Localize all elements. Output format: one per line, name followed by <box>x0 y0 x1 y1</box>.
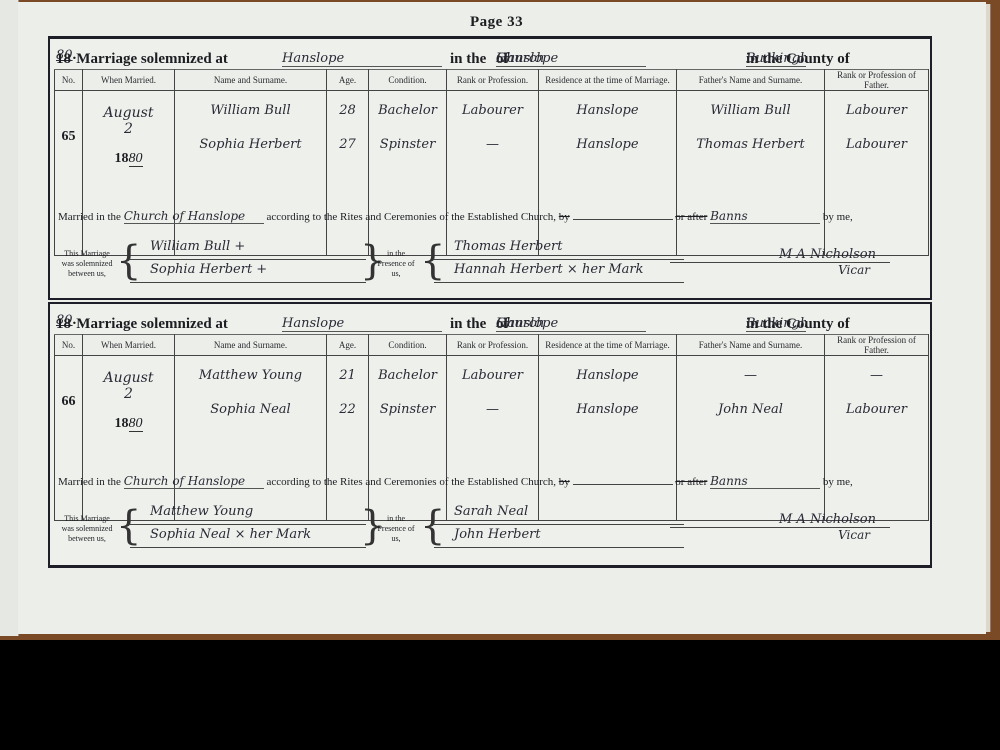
label-solemnized-at: Marriage solemnized at <box>76 316 228 333</box>
father-name: —John Neal <box>677 356 824 432</box>
label-married-in: Married in the <box>58 476 121 488</box>
married-in-line: Married in the Church of Hanslope accord… <box>58 474 853 489</box>
residence: HanslopeHanslope <box>539 356 676 432</box>
name-and-surname-value: William Bull <box>210 99 290 133</box>
name-and-surname-value: Sophia Herbert <box>199 133 301 167</box>
previous-page-edge <box>0 0 19 636</box>
witness-signature: Sarah Neal <box>434 502 684 525</box>
name-and-surname: William BullSophia Herbert <box>175 91 326 167</box>
condition-value: Spinster <box>380 133 436 167</box>
column-header: Age. <box>327 335 369 356</box>
by-license <box>573 219 673 220</box>
father-profession: LabourerLabourer <box>825 91 928 167</box>
label-by: by <box>559 476 570 488</box>
label-married-in: Married in the <box>58 211 121 223</box>
label-in-the: in the <box>450 316 486 333</box>
father-name-value: John Neal <box>718 398 783 432</box>
name-and-surname-value: Sophia Neal <box>210 398 290 432</box>
register-table: No.When Married.Name and Surname.Age.Con… <box>54 334 929 521</box>
column-header: Residence at the time of Marriage. <box>539 335 677 356</box>
father-name-value: William Bull <box>710 99 790 133</box>
column-header: Rank or Profession of Father. <box>825 70 929 91</box>
profession-value: — <box>486 133 499 167</box>
age-value: 28 <box>339 99 356 133</box>
column-header: Rank or Profession of Father. <box>825 335 929 356</box>
condition-value: Bachelor <box>378 364 437 398</box>
when-married: August 2 1880 <box>83 356 175 521</box>
party-signature: William Bull + <box>130 237 366 260</box>
year-prefix: 18 <box>56 316 71 333</box>
names-cell: William BullSophia Herbert <box>175 91 327 256</box>
after-banns: Banns <box>710 209 820 224</box>
column-header: Condition. <box>369 70 447 91</box>
signatures-section: This Marriage was solemnized between us,… <box>58 235 898 295</box>
condition: BachelorSpinster <box>369 91 446 167</box>
married-in-place: Church of Hanslope <box>124 209 264 224</box>
father-professions-cell: LabourerLabourer <box>825 91 929 256</box>
condition: BachelorSpinster <box>369 356 446 432</box>
name-and-surname: Matthew YoungSophia Neal <box>175 356 326 432</box>
column-header: Rank or Profession. <box>447 335 539 356</box>
minister-title: Vicar <box>670 528 890 542</box>
party-signature: Matthew Young <box>130 502 366 525</box>
column-header: When Married. <box>83 335 175 356</box>
father-name-value: Thomas Herbert <box>696 133 804 167</box>
age-value: 21 <box>339 364 356 398</box>
page-edge <box>986 4 991 632</box>
age-value: 27 <box>339 133 356 167</box>
register-table: No.When Married.Name and Surname.Age.Con… <box>54 69 929 256</box>
column-header: Condition. <box>369 335 447 356</box>
conditions-cell: BachelorSpinster <box>369 356 447 521</box>
column-header: Name and Surname. <box>175 335 327 356</box>
witness-signature: Hannah Herbert × her Mark <box>434 260 684 283</box>
residences-cell: HanslopeHanslope <box>539 91 677 256</box>
label-or-after: or after <box>675 211 707 223</box>
party-signature: Matthew YoungSophia Neal × her Mark <box>130 502 366 548</box>
professions-cell: Labourer— <box>447 356 539 521</box>
column-header: Name and Surname. <box>175 70 327 91</box>
minister-signature: M A Nicholson Vicar <box>670 512 890 542</box>
when-married: August 2 1880 <box>83 91 175 256</box>
column-header: Age. <box>327 70 369 91</box>
date-year-prefix: 18 <box>115 416 129 431</box>
names-cell: Matthew YoungSophia Neal <box>175 356 327 521</box>
date-month: August <box>104 370 154 386</box>
date-day: 2 <box>124 121 133 137</box>
residence-value: Hanslope <box>576 398 638 432</box>
column-header: Rank or Profession. <box>447 70 539 91</box>
party-signature: William Bull +Sophia Herbert + <box>130 237 366 283</box>
profession-value: Labourer <box>462 99 523 133</box>
column-header: Father's Name and Surname. <box>677 335 825 356</box>
residence-value: Hanslope <box>576 133 638 167</box>
condition-value: Spinster <box>380 398 436 432</box>
date-month: August <box>104 105 154 121</box>
minister-signature: M A Nicholson Vicar <box>670 247 890 277</box>
father-profession: —Labourer <box>825 356 928 432</box>
condition-value: Bachelor <box>378 99 437 133</box>
county: Buckingham <box>746 316 806 332</box>
profession: Labourer— <box>447 91 538 167</box>
conditions-cell: BachelorSpinster <box>369 91 447 256</box>
residence: HanslopeHanslope <box>539 91 676 167</box>
label-by-me: by me, <box>823 211 853 223</box>
label-between-us: This Marriage was solemnized between us, <box>58 514 116 544</box>
profession: Labourer— <box>447 356 538 432</box>
residence-value: Hanslope <box>576 99 638 133</box>
father-profession-value: — <box>870 364 883 398</box>
place: Hanslope <box>282 316 442 332</box>
label-according-to: according to the Rites and Ceremonies of… <box>266 476 556 488</box>
residences-cell: HanslopeHanslope <box>539 356 677 521</box>
date-year-suffix: 80 <box>129 416 143 432</box>
minister-name: M A Nicholson <box>670 512 890 528</box>
date-day: 2 <box>124 386 133 402</box>
label-by-me: by me, <box>823 476 853 488</box>
date-year-prefix: 18 <box>115 151 129 166</box>
entry-number: 65 <box>55 91 83 256</box>
father-profession-value: Labourer <box>846 398 907 432</box>
column-header: Father's Name and Surname. <box>677 70 825 91</box>
party-signature: Sophia Herbert + <box>130 260 366 283</box>
marriage-record: 1880. Marriage solemnized at Hanslope in… <box>48 36 932 300</box>
label-or-after: or after <box>675 476 707 488</box>
record-header: 1880. Marriage solemnized at Hanslope in… <box>56 308 924 332</box>
father-profession-value: Labourer <box>846 99 907 133</box>
label-according-to: according to the Rites and Ceremonies of… <box>266 211 556 223</box>
church-of: Hanslope <box>496 51 646 67</box>
father-name-value: — <box>744 364 757 398</box>
minister-name: M A Nicholson <box>670 247 890 263</box>
record-header: 1880. Marriage solemnized at Hanslope in… <box>56 43 924 67</box>
fathers-cell: William BullThomas Herbert <box>677 91 825 256</box>
column-header: Residence at the time of Marriage. <box>539 70 677 91</box>
county: Buckingham <box>746 51 806 67</box>
column-header: No. <box>55 335 83 356</box>
signatures-section: This Marriage was solemnized between us,… <box>58 500 898 560</box>
column-header: When Married. <box>83 70 175 91</box>
date-year-suffix: 80 <box>129 151 143 167</box>
father-professions-cell: —Labourer <box>825 356 929 521</box>
professions-cell: Labourer— <box>447 91 539 256</box>
marriage-record: 1880. Marriage solemnized at Hanslope in… <box>48 302 932 568</box>
father-name: William BullThomas Herbert <box>677 91 824 167</box>
fathers-cell: —John Neal <box>677 356 825 521</box>
age: 2122 <box>327 356 368 432</box>
ages-cell: 2827 <box>327 91 369 256</box>
entry-number: 66 <box>55 356 83 521</box>
married-in-line: Married in the Church of Hanslope accord… <box>58 209 853 224</box>
age: 2827 <box>327 91 368 167</box>
minister-title: Vicar <box>670 263 890 277</box>
witness-signature: Thomas HerbertHannah Herbert × her Mark <box>434 237 684 283</box>
label-between-us: This Marriage was solemnized between us, <box>58 249 116 279</box>
age-value: 22 <box>339 398 356 432</box>
witness-signature: Sarah NealJohn Herbert <box>434 502 684 548</box>
by-license <box>573 484 673 485</box>
after-banns: Banns <box>710 474 820 489</box>
label-presence: in the Presence of us, <box>374 514 418 544</box>
label-by: by <box>559 211 570 223</box>
married-in-place: Church of Hanslope <box>124 474 264 489</box>
profession-value: — <box>486 398 499 432</box>
party-signature: Sophia Neal × her Mark <box>130 525 366 548</box>
label-presence: in the Presence of us, <box>374 249 418 279</box>
year-prefix: 18 <box>56 51 71 68</box>
father-profession-value: Labourer <box>846 133 907 167</box>
witness-signature: Thomas Herbert <box>434 237 684 260</box>
witness-signature: John Herbert <box>434 525 684 548</box>
page-number: Page 33 <box>470 14 523 31</box>
name-and-surname-value: Matthew Young <box>199 364 302 398</box>
profession-value: Labourer <box>462 364 523 398</box>
residence-value: Hanslope <box>576 364 638 398</box>
ages-cell: 2122 <box>327 356 369 521</box>
church-of: Hanslope <box>496 316 646 332</box>
column-header: No. <box>55 70 83 91</box>
label-solemnized-at: Marriage solemnized at <box>76 51 228 68</box>
place: Hanslope <box>282 51 442 67</box>
label-in-the: in the <box>450 51 486 68</box>
